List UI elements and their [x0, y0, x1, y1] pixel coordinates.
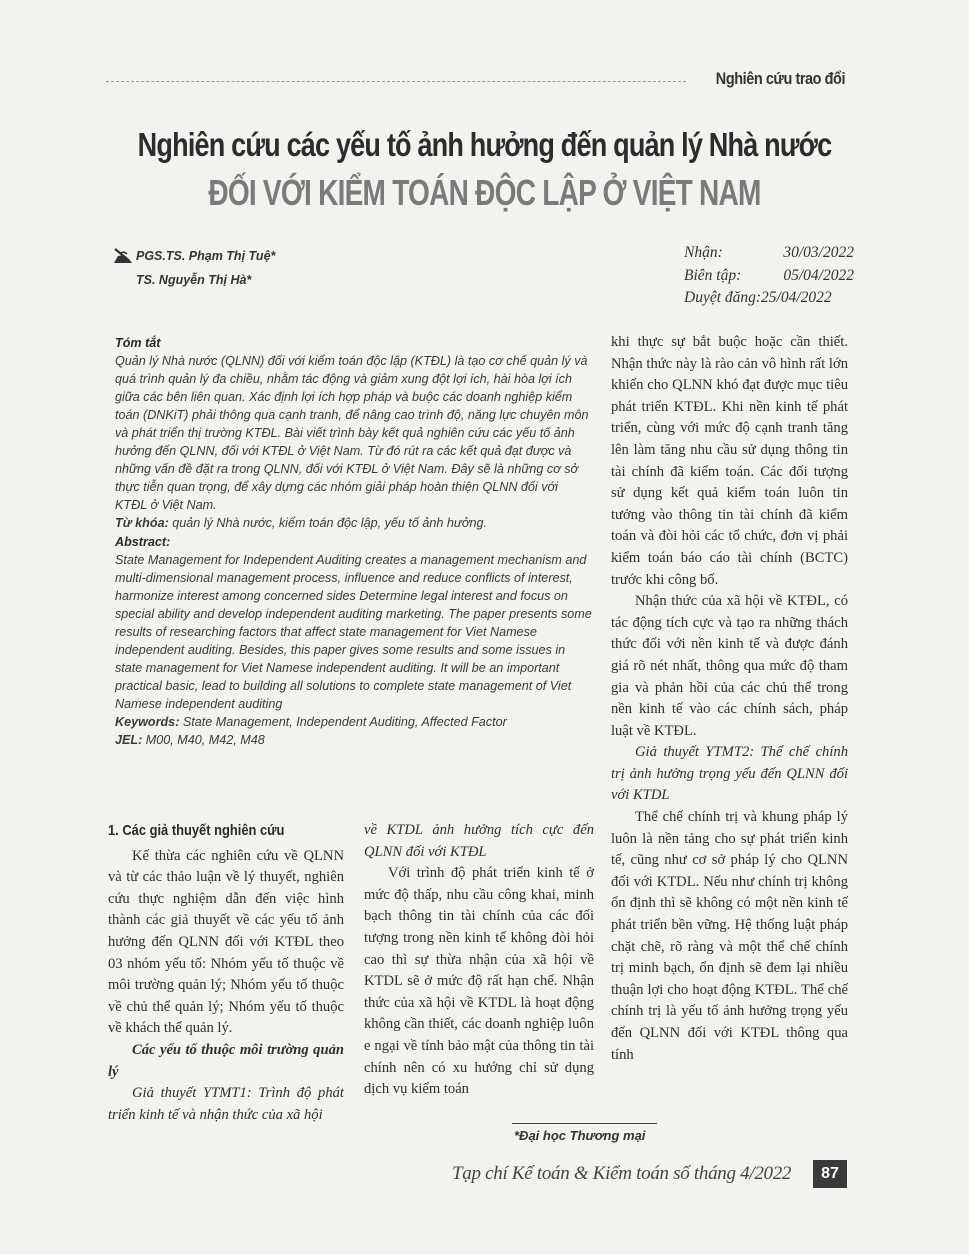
pen-writing-icon	[112, 247, 136, 265]
page-number: 87	[813, 1160, 847, 1188]
body-paragraph: Thể chế chính trị và khung pháp lý luôn …	[611, 807, 848, 1066]
keywords-en-value: State Management, Independent Auditing, …	[183, 715, 507, 729]
date-label: Biên tập:	[684, 267, 774, 290]
date-label: Duyệt đăng:	[684, 289, 761, 312]
author-name: PGS.TS. Phạm Thị Tuệ*	[136, 249, 275, 263]
header-divider	[106, 81, 686, 82]
section-heading: 1. Các giả thuyết nghiên cứu	[108, 820, 311, 842]
abstract-en-text: State Management for Independent Auditin…	[115, 551, 593, 713]
keywords-en-label: Keywords:	[115, 715, 179, 729]
article-title-line1: Nghiên cứu các yếu tố ảnh hưởng đến quản…	[87, 126, 882, 164]
journal-name: Tạp chí Kế toán & Kiểm toán số tháng 4/2…	[452, 1163, 791, 1185]
hypothesis-ytmt1: Giả thuyết YTMT1: Trình độ phát triển ki…	[108, 1083, 344, 1126]
keywords-en: Keywords: State Management, Independent …	[115, 713, 593, 731]
date-approved: Duyệt đăng: 25/04/2022	[684, 289, 854, 312]
article-title-line2: ĐỐI VỚI KIỂM TOÁN ĐỘC LẬP Ở VIỆT NAM	[107, 172, 863, 214]
author-affiliation: *Đại học Thương mại	[514, 1128, 645, 1143]
body-column-left: 1. Các giả thuyết nghiên cứu Kế thừa các…	[108, 820, 344, 1126]
author-item: PGS.TS. Phạm Thị Tuệ*	[112, 244, 275, 268]
subsection-heading: Các yếu tố thuộc môi trường quản lý	[108, 1040, 344, 1083]
publication-dates: Nhận: 30/03/2022 Biên tập: 05/04/2022 Du…	[684, 244, 854, 312]
body-column-right: khi thực sự bắt buộc hoặc cần thiết. Nhậ…	[611, 332, 848, 1066]
author-item: TS. Nguyễn Thị Hà*	[112, 268, 275, 292]
abstract-en-heading: Abstract:	[115, 533, 593, 551]
date-label: Nhận:	[684, 244, 774, 267]
jel-value: M00, M40, M42, M48	[146, 733, 265, 747]
keywords-vi: Từ khóa: quản lý Nhà nước, kiểm toán độc…	[115, 514, 593, 532]
body-paragraph: khi thực sự bắt buộc hoặc cần thiết. Nhậ…	[611, 332, 848, 591]
section-label: Nghiên cứu trao đổi	[716, 69, 845, 89]
journal-page: Nghiên cứu trao đổi Nghiên cứu các yếu t…	[0, 0, 969, 1254]
date-value: 05/04/2022	[774, 267, 854, 290]
keywords-vi-label: Từ khóa:	[115, 516, 169, 530]
author-name: TS. Nguyễn Thị Hà*	[136, 273, 251, 287]
body-paragraph: Kế thừa các nghiên cứu về QLNN và từ các…	[108, 846, 344, 1040]
body-column-middle: về KTDL ảnh hưởng tích cực đến QLNN đối …	[364, 820, 594, 1101]
date-value: 30/03/2022	[774, 244, 854, 267]
author-list: PGS.TS. Phạm Thị Tuệ* TS. Nguyễn Thị Hà*	[112, 244, 275, 292]
keywords-vi-value: quản lý Nhà nước, kiểm toán độc lập, yếu…	[172, 516, 487, 530]
abstract-vi-heading: Tóm tắt	[115, 334, 593, 352]
date-value: 25/04/2022	[761, 289, 832, 312]
date-received: Nhận: 30/03/2022	[684, 244, 854, 267]
abstract-vi-text: Quản lý Nhà nước (QLNN) đối với kiểm toá…	[115, 352, 593, 514]
body-paragraph: Nhận thức của xã hội về KTĐL, có tác độn…	[611, 591, 848, 742]
body-paragraph: Với trình độ phát triển kinh tế ở mức độ…	[364, 863, 594, 1101]
footnote-divider	[512, 1123, 657, 1124]
date-edited: Biên tập: 05/04/2022	[684, 267, 854, 290]
jel-label: JEL:	[115, 733, 142, 747]
hypothesis-ytmt2: Giả thuyết YTMT2: Thể chế chính trị ảnh …	[611, 742, 848, 807]
abstract-block: Tóm tắt Quản lý Nhà nước (QLNN) đối với …	[115, 334, 593, 749]
jel-codes: JEL: M00, M40, M42, M48	[115, 731, 593, 749]
hypothesis-ytmt1-continued: về KTDL ảnh hưởng tích cực đến QLNN đối …	[364, 820, 594, 863]
